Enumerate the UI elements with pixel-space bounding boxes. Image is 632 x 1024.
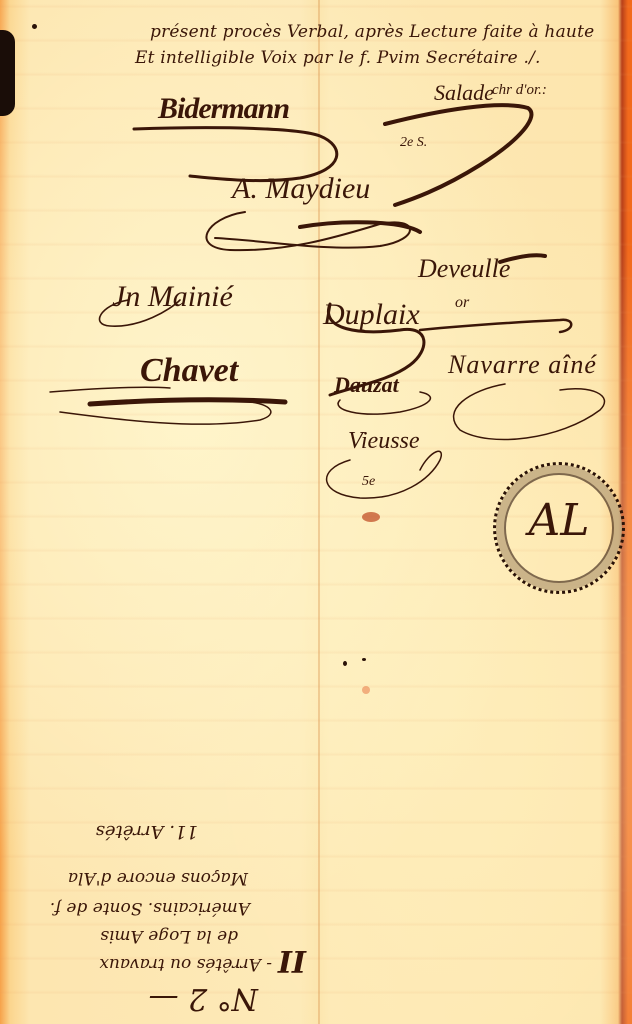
- docket-line-2: de la Loge Amis: [100, 926, 238, 946]
- signature-navarre: Navarre aîné: [448, 350, 597, 380]
- upside-down-docket: N° 2 — II - Arrêtés ou travaux de la Log…: [28, 812, 298, 1022]
- ink-stain: [362, 512, 380, 522]
- seal-monogram: AL: [496, 495, 622, 546]
- signature-dauzat: Dauzat: [334, 372, 399, 398]
- signature-duplaix: Duplaix: [323, 298, 420, 332]
- docket-number: N° 2 —: [149, 981, 258, 1016]
- signature-vieusse: Vieusse: [348, 428, 420, 455]
- docket-count: 11. Arrêtés: [96, 821, 198, 842]
- docket-line-4: Maçons encore d'Ala: [68, 868, 248, 888]
- ink-dot: [343, 661, 347, 666]
- ink-dot: [362, 658, 366, 661]
- signature-salade: Salade: [434, 80, 494, 106]
- signature-mainie: Jn Mainié: [112, 280, 233, 314]
- lodge-seal: AL: [493, 462, 625, 594]
- signature-deveulle: Deveulle: [418, 254, 510, 284]
- docket-line-3: Américains. Sonte de f.: [50, 898, 250, 918]
- document-page: présent procès Verbal, après Lecture fai…: [0, 0, 632, 1024]
- ink-dot: [32, 24, 37, 29]
- stain-spot: [362, 686, 370, 694]
- signature-bidermann: Bidermann: [158, 92, 289, 126]
- signature-maydieu: A. Maydieu: [232, 172, 370, 206]
- signature-chavet: Chavet: [140, 352, 238, 390]
- signature-salade-extra: 2e S.: [400, 135, 427, 151]
- docket-mark: II: [278, 943, 306, 978]
- signature-deveulle-rank: or: [455, 294, 469, 312]
- signature-salade-rank: chr d'or.:: [492, 82, 547, 99]
- signature-vieusse-rank: 5e: [362, 474, 375, 490]
- docket-line-1: - Arrêtés ou travaux: [99, 954, 272, 974]
